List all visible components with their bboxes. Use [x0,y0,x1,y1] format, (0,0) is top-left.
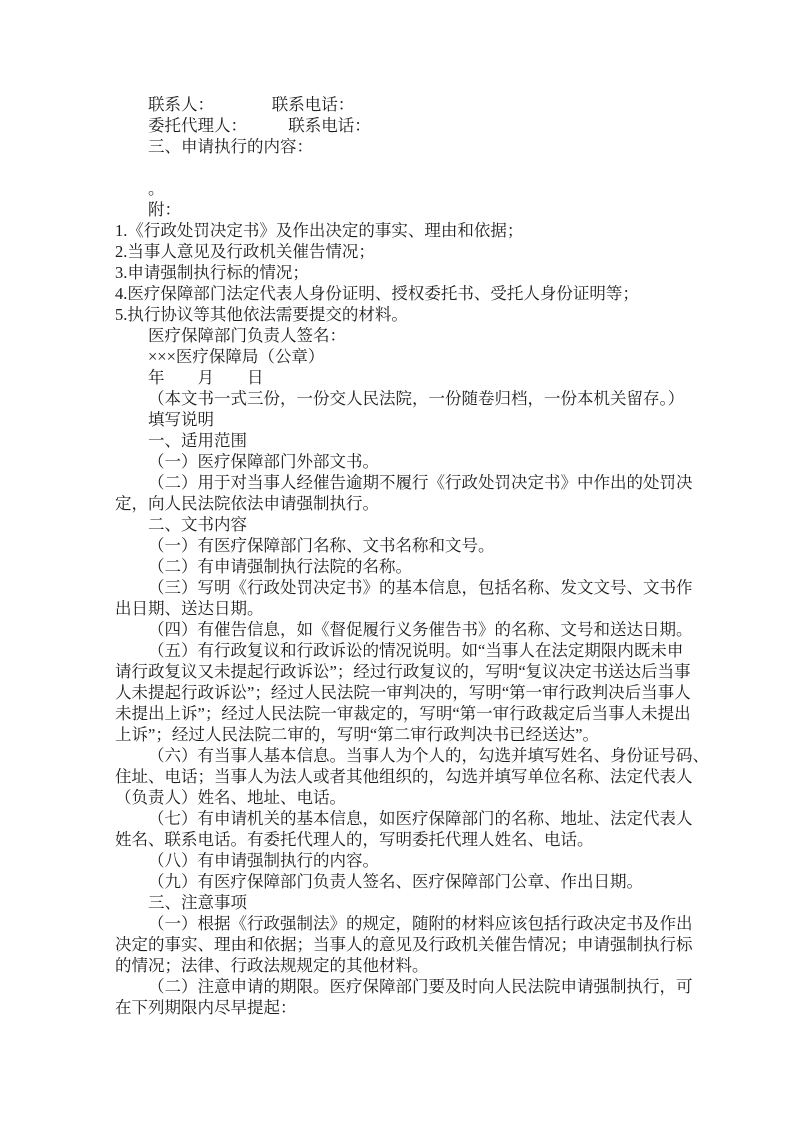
document-line: ×××医疗保障局（公章） [115,346,681,367]
document-line: （本文书一式三份，一份交人民法院，一份随卷归档，一份本机关留存。） [115,388,681,409]
document-body: 联系人： 联系电话：委托代理人： 联系电话：三、申请执行的内容： 。附：1.《行… [115,94,681,1018]
document-line: （九）有医疗保障部门负责人签名、医疗保障部门公章、作出日期。 [115,871,681,892]
document-line: （一）有医疗保障部门名称、文书名称和文号。 [115,535,681,556]
document-line: 三、注意事项 [115,892,681,913]
document-line: 年 月 日 [115,367,681,388]
document-line: （负责人）姓名、地址、电话。 [115,787,681,808]
document-line: （二）有申请强制执行法院的名称。 [115,556,681,577]
document-line: 4.医疗保障部门法定代表人身份证明、授权委托书、受托人身份证明等； [115,283,681,304]
document-line: （一）医疗保障部门外部文书。 [115,451,681,472]
document-line: 附： [115,199,681,220]
document-line: 在下列期限内尽早提起： [115,997,681,1018]
document-line: 2.当事人意见及行政机关催告情况； [115,241,681,262]
document-line: 住址、电话；当事人为法人或者其他组织的，勾选并填写单位名称、法定代表人 [115,766,681,787]
document-line: 5.执行协议等其他依法需要提交的材料。 [115,304,681,325]
document-line: 一、适用范围 [115,430,681,451]
document-line: （五）有行政复议和行政诉讼的情况说明。如“当事人在法定期限内既未申 [115,640,681,661]
document-line: 请行政复议又未提起行政诉讼”；经过行政复议的，写明“复议决定书送达后当事 [115,661,681,682]
document-line: 医疗保障部门负责人签名： [115,325,681,346]
document-line: （七）有申请机关的基本信息，如医疗保障部门的名称、地址、法定代表人 [115,808,681,829]
document-line: （三）写明《行政处罚决定书》的基本信息，包括名称、发文文号、文书作 [115,577,681,598]
document-line [115,157,681,178]
document-line: 出日期、送达日期。 [115,598,681,619]
document-line: 定，向人民法院依法申请强制执行。 [115,493,681,514]
document-line: 三、申请执行的内容： [115,136,681,157]
document-line: 姓名、联系电话。有委托代理人的，写明委托代理人姓名、电话。 [115,829,681,850]
document-line: 的情况；法律、行政法规规定的其他材料。 [115,955,681,976]
document-line: 未提出上诉”；经过人民法院一审裁定的，写明“第一审行政裁定后当事人未提出 [115,703,681,724]
document-line: 。 [115,178,681,199]
document-line: 填写说明 [115,409,681,430]
document-line: 上诉”；经过人民法院二审的，写明“第二审行政判决书已经送达”。 [115,724,681,745]
document-line: 联系人： 联系电话： [115,94,681,115]
document-line: 3.申请强制执行标的情况； [115,262,681,283]
document-line: 1.《行政处罚决定书》及作出决定的事实、理由和依据； [115,220,681,241]
document-line: 决定的事实、理由和依据；当事人的意见及行政机关催告情况；申请强制执行标 [115,934,681,955]
document-line: 二、文书内容 [115,514,681,535]
document-line: （四）有催告信息，如《督促履行义务催告书》的名称、文号和送达日期。 [115,619,681,640]
document-page: 联系人： 联系电话：委托代理人： 联系电话：三、申请执行的内容： 。附：1.《行… [0,0,793,1122]
document-line: （一）根据《行政强制法》的规定，随附的材料应该包括行政决定书及作出 [115,913,681,934]
document-line: （二）用于对当事人经催告逾期不履行《行政处罚决定书》中作出的处罚决 [115,472,681,493]
document-line: 人未提起行政诉讼”；经过人民法院一审判决的，写明“第一审行政判决后当事人 [115,682,681,703]
document-line: 委托代理人： 联系电话： [115,115,681,136]
document-line: （八）有申请强制执行的内容。 [115,850,681,871]
document-line: （六）有当事人基本信息。当事人为个人的，勾选并填写姓名、身份证号码、 [115,745,681,766]
document-line: （二）注意申请的期限。医疗保障部门要及时向人民法院申请强制执行，可 [115,976,681,997]
